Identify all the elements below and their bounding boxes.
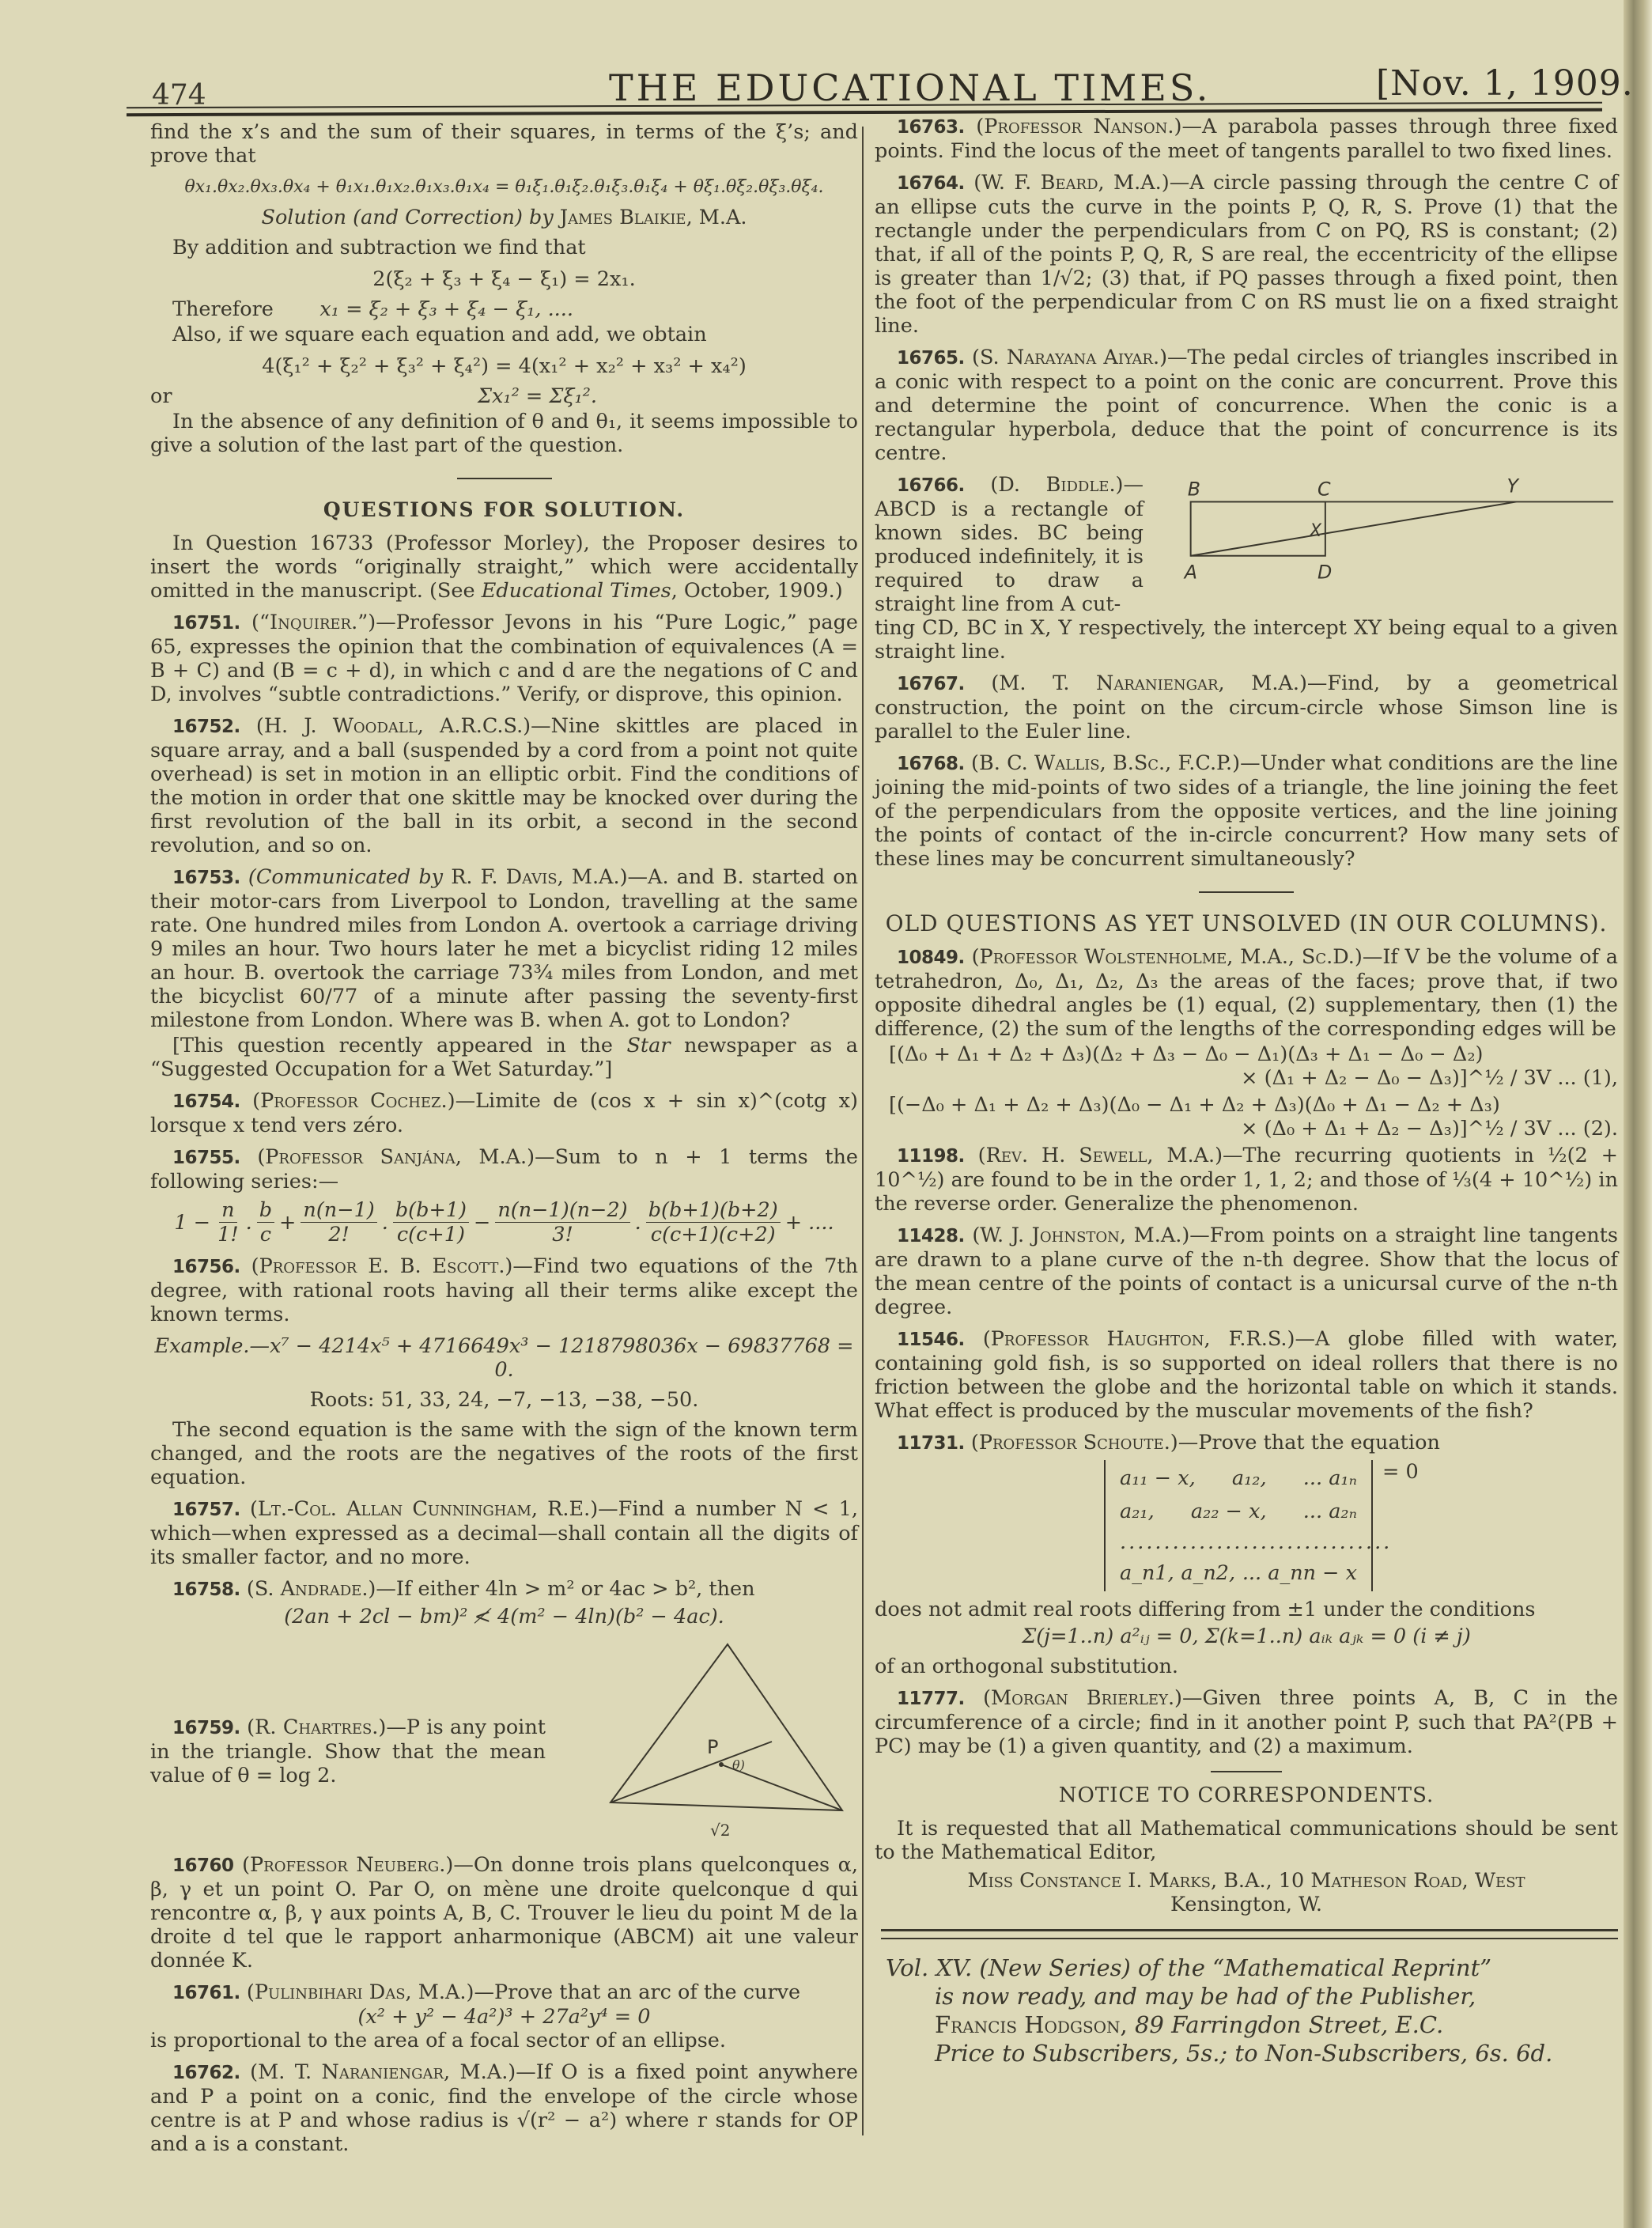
label-x: X	[1309, 521, 1322, 541]
equation-2b: × (Δ₀ + Δ₁ + Δ₂ − Δ₃)]^½ / 3V ... (2).	[875, 1117, 1618, 1140]
det-cell: a₁₂,	[1232, 1462, 1267, 1495]
example-explanation: The second equation is the same with the…	[150, 1418, 858, 1489]
question-11731-conditions: Σ(j=1..n) a²ᵢⱼ = 0, Σ(k=1..n) aᵢₖ aⱼₖ = …	[875, 1625, 1618, 1648]
triangle-diagram: P θ) √2	[546, 1636, 846, 1842]
determinant-equals: = 0	[1382, 1460, 1419, 1484]
question-16753-note: [This question recently appeared in the …	[150, 1034, 858, 1081]
question-16761-after: is proportional to the area of a focal s…	[150, 2029, 858, 2052]
question-text: —Prove that an arc of the curve	[474, 1980, 800, 2004]
fraction: n(n−1)2!	[301, 1198, 376, 1246]
solution-byline: Solution (and Correction) by James Blaik…	[150, 206, 858, 229]
numerator: n	[219, 1198, 236, 1223]
question-author: (S. Narayana Aiyar.)	[972, 346, 1167, 369]
question-16763: 16763. (Professor Nanson.)—A parabola pa…	[875, 115, 1618, 163]
question-16756: 16756. (Professor E. B. Escott.)—Find tw…	[150, 1254, 858, 1326]
therefore-label: Therefore	[172, 297, 274, 321]
operator: −	[474, 1211, 490, 1235]
question-text: —Prove that the equation	[1178, 1431, 1440, 1454]
example-equation: Example.—x⁷ − 4214x⁵ + 4716649x³ − 12187…	[150, 1334, 858, 1382]
question-author: (D. Biddle.)	[990, 473, 1123, 497]
right-column: 16763. (Professor Nanson.)—A parabola pa…	[875, 115, 1618, 2067]
question-16760: 16760 (Professor Neuberg.)—On donne troi…	[150, 1853, 858, 1973]
determinant-body: a₁₁ − x,a₁₂,... a₁ₙ a₂₁,a₂₂ − x,... a₂ₙ …	[1104, 1460, 1373, 1591]
question-communicated: (Communicated by	[248, 865, 443, 889]
determinant-dots: ...............................	[1120, 1528, 1357, 1557]
question-author: (W. F. Beard, M.A.)	[973, 171, 1170, 195]
question-number: 16751.	[172, 613, 240, 634]
notice-address-2: Kensington, W.	[875, 1893, 1618, 1916]
question-16761-equation: (x² + y² − 4a²)³ + 27a²y⁴ = 0	[150, 2005, 858, 2029]
equation-1b: × (Δ₁ + Δ₂ − Δ₀ − Δ₃)]^½ / 3V ... (1),	[875, 1066, 1618, 1090]
solution-closing: In the absence of any definition of θ an…	[150, 410, 858, 457]
notice-text: It is requested that all Mathematical co…	[875, 1817, 1618, 1864]
continuation-equation: θx₁.θx₂.θx₃.θx₄ + θ₁x₁.θ₁x₂.θ₁x₃.θ₁x₄ = …	[150, 176, 858, 199]
or-label: or	[150, 384, 172, 408]
reprint-advertisement: Vol. XV. (New Series) of the “Mathematic…	[886, 1954, 1618, 2067]
equation-1a: [(Δ₀ + Δ₁ + Δ₂ + Δ₃)(Δ₂ + Δ₃ − Δ₀ − Δ₁)(…	[875, 1042, 1618, 1066]
denominator: 1!	[215, 1223, 240, 1246]
question-16751: 16751. (“Inquirer.”)—Professor Jevons in…	[150, 611, 858, 706]
question-author: (B. C. Wallis, B.Sc., F.C.P.)	[971, 751, 1240, 775]
continuation-text: find the x’s and the sum of their square…	[150, 120, 858, 168]
question-number: 16767.	[897, 674, 965, 694]
fraction: bc	[257, 1198, 274, 1246]
reprint-price: Price to Subscribers, 5s.; to Non-Subscr…	[886, 2039, 1618, 2067]
det-cell: a₂₁,	[1120, 1495, 1155, 1528]
solution-author: James Blaikie, M.A.	[560, 206, 747, 229]
question-number: 16761.	[172, 1983, 240, 2003]
reprint-line-3: Francis Hodgson, 89 Farringdon Street, E…	[886, 2010, 1618, 2039]
solution-eq2: x₁ = ξ₂ + ξ₃ + ξ₄ − ξ₁, ....	[319, 297, 573, 321]
det-cell: a_n2,	[1181, 1557, 1235, 1590]
reprint-line-2: is now ready, and may be had of the Publ…	[886, 1982, 1618, 2010]
question-number: 16762.	[172, 2063, 240, 2083]
page-edge-shadow	[1624, 0, 1652, 2228]
question-number: 11731.	[897, 1433, 965, 1454]
question-author: (Professor Neuberg.)	[242, 1853, 453, 1877]
numerator: b(b+1)(b+2)	[646, 1198, 781, 1223]
question-16766-cont: ting CD, BC in X, Y respectively, the in…	[875, 616, 1618, 664]
denominator: 2!	[326, 1223, 351, 1246]
intro-note: In Question 16733 (Professor Morley), th…	[150, 531, 858, 603]
point-label: P	[707, 1736, 718, 1758]
solution-line: By addition and subtraction we find that	[150, 236, 858, 259]
question-16757: 16757. (Lt.-Col. Allan Cunningham, R.E.)…	[150, 1497, 858, 1569]
denominator: c(c+1)(c+2)	[648, 1223, 778, 1246]
label-b: B	[1188, 479, 1200, 501]
numerator: b(b+1)	[393, 1198, 469, 1223]
det-cell: a₁₁ − x,	[1120, 1462, 1196, 1495]
question-author: (W. J. Johnston, M.A.)	[972, 1224, 1189, 1247]
question-16758-equation: (2an + 2cl − bm)² ≮ 4(m² − 4ln)(b² − 4ac…	[150, 1605, 858, 1628]
question-16752: 16752. (H. J. Woodall, A.R.C.S.)—Nine sk…	[150, 714, 858, 857]
question-author: (M. T. Naraniengar, M.A.)	[250, 2060, 516, 2084]
question-16765: 16765. (S. Narayana Aiyar.)—The pedal ci…	[875, 346, 1618, 465]
fraction: b(b+1)c(c+1)	[393, 1198, 469, 1246]
solution-eq3: 4(ξ₁² + ξ₂² + ξ₃² + ξ₄²) = 4(x₁² + x₂² +…	[150, 354, 858, 378]
question-number: 16753.	[172, 868, 240, 888]
column-divider	[862, 127, 864, 2135]
question-author: (Morgan Brierley.)	[983, 1686, 1182, 1710]
question-author: (“Inquirer.”)	[251, 611, 376, 634]
question-16762: 16762. (M. T. Naraniengar, M.A.)—If O is…	[150, 2060, 858, 2156]
question-number: 16756.	[172, 1257, 240, 1277]
intro-note-journal: Educational Times	[482, 579, 671, 603]
question-11731: 11731. (Professor Schoute.)—Prove that t…	[875, 1431, 1618, 1455]
question-author: (Professor Cochez.)	[252, 1089, 456, 1113]
series-lead: 1 −	[174, 1211, 210, 1235]
question-author: (Professor Schoute.)	[971, 1431, 1178, 1454]
question-16755: 16755. (Professor Sanjána, M.A.)—Sum to …	[150, 1145, 858, 1193]
question-number: 16754.	[172, 1091, 240, 1112]
question-author: (Professor Sanjána, M.A.)	[257, 1145, 535, 1169]
question-number: 16760	[172, 1855, 234, 1876]
det-cell: a₂₂ − x,	[1191, 1495, 1267, 1528]
question-16766: 16766. (D. Biddle.)—ABCD is a rectangle …	[875, 473, 1144, 616]
question-number: 16755.	[172, 1148, 240, 1168]
solution-eq4: Σx₁² = Σξ₁².	[478, 384, 597, 408]
question-author: (S. Andrade.)	[247, 1577, 376, 1601]
label-y: Y	[1506, 476, 1520, 497]
series-equation: 1 − n1!. bc + n(n−1)2!. b(b+1)c(c+1) − n…	[150, 1198, 858, 1246]
page-header: 474 THE EDUCATIONAL TIMES. [Nov. 1, 1909…	[0, 0, 1652, 119]
determinant-row: a₂₁,a₂₂ − x,... a₂ₙ	[1120, 1495, 1357, 1528]
question-author: R. F. Davis, M.A.)	[451, 865, 627, 889]
question-16768: 16768. (B. C. Wallis, B.Sc., F.C.P.)—Und…	[875, 751, 1618, 871]
question-text: —A. and B. started on their motor-cars f…	[150, 865, 858, 1032]
series-tail: + ....	[785, 1211, 834, 1235]
denominator: c	[258, 1223, 274, 1246]
question-11198: 11198. (Rev. H. Sewell, M.A.)—The recurr…	[875, 1144, 1618, 1216]
question-number: 16759.	[172, 1718, 240, 1738]
numerator: b	[257, 1198, 274, 1223]
section-divider	[1199, 891, 1294, 893]
rectangle-diagram: B C Y X A D	[1164, 476, 1618, 595]
numerator: n(n−1)(n−2)	[495, 1198, 629, 1223]
left-column: find the x’s and the sum of their square…	[150, 120, 858, 2164]
reprint-line-1: Vol. XV. (New Series) of the “Mathematic…	[886, 1954, 1618, 1982]
label-c: C	[1317, 479, 1331, 501]
operator: +	[279, 1211, 296, 1235]
determinant: a₁₁ − x,a₁₂,... a₁ₙ a₂₁,a₂₂ − x,... a₂ₙ …	[1104, 1460, 1618, 1591]
question-number: 16752.	[172, 717, 240, 737]
section-divider	[1211, 1771, 1282, 1772]
example-roots: Roots: 51, 33, 24, −7, −13, −38, −50.	[150, 1388, 858, 1412]
question-author: (Rev. H. Sewell, M.A.)	[978, 1144, 1223, 1167]
section-title-old-questions: OLD QUESTIONS AS YET UNSOLVED (IN OUR CO…	[875, 912, 1618, 936]
denominator: 3!	[550, 1223, 575, 1246]
question-author: (Professor Wolstenholme, M.A., Sc.D.)	[972, 945, 1363, 969]
question-16753: 16753. (Communicated by R. F. Davis, M.A…	[150, 865, 858, 1032]
det-cell: ... a_nn − x	[1242, 1557, 1357, 1590]
question-author: (Pulinbihari Das, M.A.)	[247, 1980, 474, 2004]
or-line: or Σx₁² = Σξ₁².	[150, 384, 858, 408]
issue-date: [Nov. 1, 1909.	[1376, 63, 1634, 104]
fraction: n(n−1)(n−2)3!	[495, 1198, 629, 1246]
publisher-name: Francis Hodgson,	[935, 2011, 1128, 2038]
question-number: 11777.	[897, 1689, 965, 1709]
question-16764: 16764. (W. F. Beard, M.A.)—A circle pass…	[875, 171, 1618, 338]
question-11731-after-2: of an orthogonal substitution.	[875, 1655, 1618, 1678]
question-author: (R. Chartres.)	[247, 1715, 386, 1739]
solution-line-2: Also, if we square each equation and add…	[150, 323, 858, 346]
fraction: n1!	[215, 1198, 240, 1246]
question-16766-block: 16766. (D. Biddle.)—ABCD is a rectangle …	[875, 473, 1618, 616]
question-16759: 16759. (R. Chartres.)—P is any point in …	[150, 1715, 546, 1787]
question-author: (H. J. Woodall, A.R.C.S.)	[256, 714, 531, 738]
numerator: n(n−1)	[301, 1198, 376, 1223]
question-16767: 16767. (M. T. Naraniengar, M.A.)—Find, b…	[875, 671, 1618, 743]
question-text: —A circle passing through the centre C o…	[875, 171, 1618, 338]
equation-2a: [(−Δ₀ + Δ₁ + Δ₂ + Δ₃)(Δ₀ − Δ₁ + Δ₂ + Δ₃)…	[875, 1093, 1618, 1117]
determinant-row: a₁₁ − x,a₁₂,... a₁ₙ	[1120, 1462, 1357, 1495]
question-16754: 16754. (Professor Cochez.)—Limite de (co…	[150, 1089, 858, 1137]
det-cell: ... a₂ₙ	[1303, 1495, 1357, 1528]
question-author: (M. T. Naraniengar, M.A.)	[991, 671, 1307, 695]
question-11546: 11546. (Professor Haughton, F.R.S.)—A gl…	[875, 1327, 1618, 1423]
notice-title: NOTICE TO CORRESPONDENTS.	[875, 1784, 1618, 1807]
question-11731-after: does not admit real roots differing from…	[875, 1598, 1618, 1621]
fraction: b(b+1)(b+2)c(c+1)(c+2)	[646, 1198, 781, 1246]
question-16759-block: 16759. (R. Chartres.)—P is any point in …	[150, 1636, 858, 1842]
angle-label: θ)	[732, 1757, 745, 1772]
section-title-questions: QUESTIONS FOR SOLUTION.	[150, 498, 858, 522]
publisher-address: 89 Farringdon Street, E.C.	[1128, 2011, 1444, 2038]
label-d: D	[1317, 561, 1332, 583]
question-number: 10849.	[897, 948, 965, 968]
question-author: (Professor Nanson.)	[976, 115, 1181, 138]
question-author: (Professor Haughton, F.R.S.)	[983, 1327, 1295, 1351]
question-10849: 10849. (Professor Wolstenholme, M.A., Sc…	[875, 945, 1618, 1041]
label-a: A	[1183, 561, 1197, 583]
question-number: 16766.	[897, 475, 965, 496]
question-author: (Lt.-Col. Allan Cunningham, R.E.)	[250, 1497, 598, 1521]
note-newspaper: Star	[626, 1034, 670, 1057]
question-number: 16765.	[897, 348, 965, 369]
determinant-row: a_n1,a_n2,... a_nn − x	[1120, 1557, 1357, 1590]
note-text: [This question recently appeared in the	[172, 1034, 626, 1057]
base-label: √2	[710, 1821, 730, 1840]
question-11428: 11428. (W. J. Johnston, M.A.)—From point…	[875, 1224, 1618, 1319]
denominator: c(c+1)	[395, 1223, 467, 1246]
solution-eq1: 2(ξ₂ + ξ₃ + ξ₄ − ξ₁) = 2x₁.	[150, 267, 858, 291]
question-11777: 11777. (Morgan Brierley.)—Given three po…	[875, 1686, 1618, 1758]
question-number: 11546.	[897, 1330, 965, 1350]
det-cell: a_n1,	[1120, 1557, 1174, 1590]
question-number: 16758.	[172, 1579, 240, 1600]
question-number: 16768.	[897, 754, 965, 774]
question-number: 16764.	[897, 173, 965, 194]
question-number: 11198.	[897, 1146, 965, 1167]
question-author: (Professor E. B. Escott.)	[251, 1254, 513, 1278]
question-number: 16757.	[172, 1500, 240, 1520]
notice-address-1: Miss Constance I. Marks, B.A., 10 Mathes…	[875, 1869, 1618, 1893]
solution-label: Solution (and Correction) by	[261, 206, 553, 229]
advertisement-rule	[881, 1929, 1618, 1939]
det-cell: ... a₁ₙ	[1303, 1462, 1357, 1495]
section-divider	[457, 478, 552, 479]
therefore-line: Therefore x₁ = ξ₂ + ξ₃ + ξ₄ − ξ₁, ....	[150, 297, 858, 321]
question-number: 16763.	[897, 117, 965, 138]
question-text: —If either 4ln > m² or 4ac > b², then	[376, 1577, 754, 1601]
question-16761: 16761. (Pulinbihari Das, M.A.)—Prove tha…	[150, 1980, 858, 2005]
intro-note-date: , October, 1909.)	[671, 579, 843, 603]
question-number: 11428.	[897, 1226, 965, 1246]
question-16758: 16758. (S. Andrade.)—If either 4ln > m² …	[150, 1577, 858, 1602]
